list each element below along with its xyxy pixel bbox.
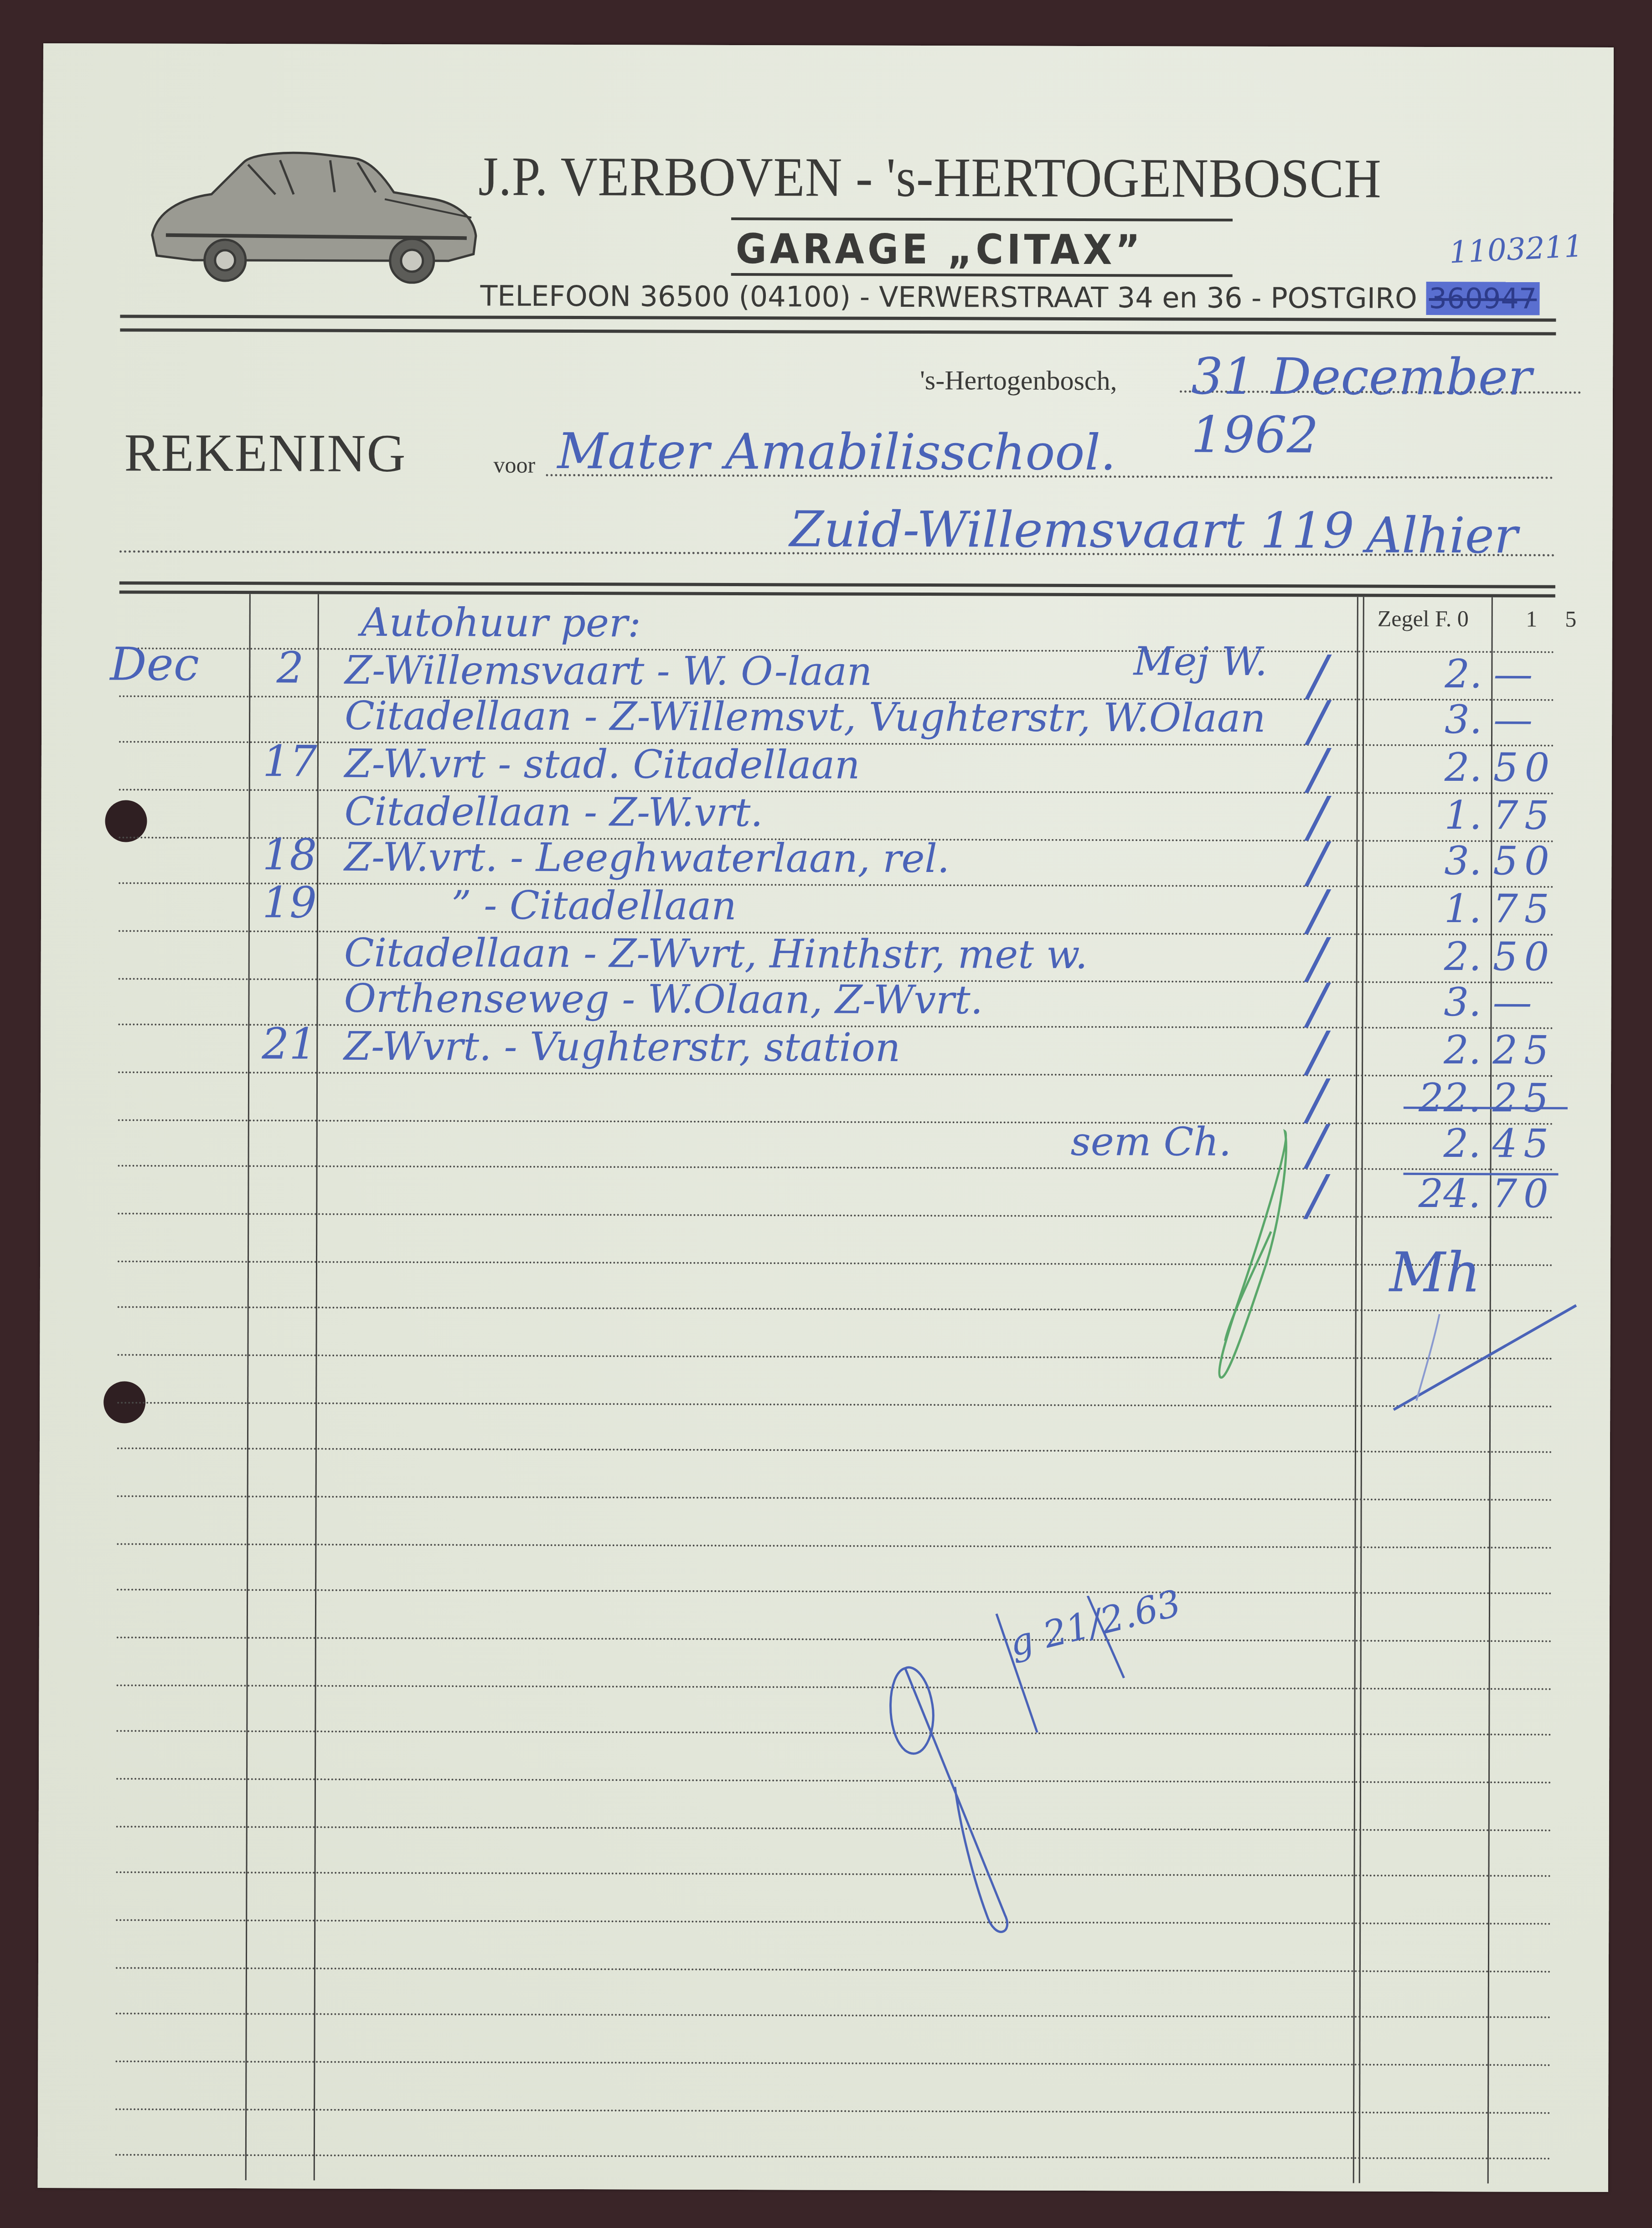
ruled-line bbox=[116, 1919, 1552, 1924]
row-day: 19 bbox=[262, 878, 317, 928]
total-guilders: 24. bbox=[1376, 1171, 1481, 1217]
header-rule bbox=[120, 315, 1556, 321]
row-description: ” - Citadellaan bbox=[451, 882, 737, 929]
row-guilders: 2. bbox=[1377, 651, 1482, 697]
row-description: Orthenseweg - W.Olaan, Z-Wvrt. bbox=[344, 976, 983, 1023]
row-day: 18 bbox=[262, 830, 317, 880]
row-day: 21 bbox=[262, 1019, 316, 1069]
row-guilders: 2. bbox=[1376, 1027, 1481, 1073]
row-day: 17 bbox=[263, 737, 317, 786]
ruled-line bbox=[117, 1636, 1553, 1642]
extra-row: sem Ch. / 2. 45 bbox=[41, 1133, 1611, 1169]
total-row: / 24. 70 bbox=[40, 1183, 1611, 1219]
recipient-name: Mater Amabilisschool. bbox=[557, 423, 1116, 481]
ruled-line bbox=[118, 1306, 1554, 1311]
row-description: Z-W.vrt. - Leeghwaterlaan, rel. bbox=[344, 835, 950, 882]
postgiro-crossed: 360947 bbox=[1426, 282, 1539, 315]
table-row: Citadellaan - Z-Wvrt, Hinthstr, met w. /… bbox=[41, 946, 1611, 982]
row-description: Z-W.vrt - stad. Citadellaan bbox=[345, 741, 860, 788]
row-guilders: 1. bbox=[1377, 886, 1482, 932]
row-description: Z-Willemsvaart - W. O-laan bbox=[345, 648, 872, 695]
invoice-title: REKENING bbox=[124, 422, 406, 485]
invoice-paper: J.P. VERBOVEN - 's-HERTOGENBOSCH GARAGE … bbox=[38, 43, 1614, 2192]
row-description: Z-Wvrt. - Vughterstr, station bbox=[344, 1024, 900, 1071]
intro-text: Autohuur per: bbox=[361, 600, 641, 646]
row-guilders: 3. bbox=[1377, 838, 1482, 884]
ruled-line bbox=[116, 1826, 1552, 1831]
ruled-line bbox=[116, 2012, 1552, 2018]
contact-text: TELEFOON 36500 (04100) - VERWERSTRAAT 34… bbox=[480, 279, 1426, 315]
divider bbox=[731, 217, 1233, 222]
ruled-line bbox=[116, 1778, 1552, 1783]
divider bbox=[731, 273, 1233, 277]
ruled-line bbox=[116, 1730, 1552, 1735]
row-day: 2 bbox=[263, 643, 317, 693]
subtotal-row: / 22. 25 bbox=[41, 1087, 1611, 1123]
ruled-line bbox=[117, 1354, 1553, 1359]
row-description: Citadellaan - Z-Wvrt, Hinthstr, met w. bbox=[344, 930, 1088, 978]
subtotal-guilders: 22. bbox=[1376, 1075, 1481, 1121]
table-row: 19 ” - Citadellaan / 1. 75 bbox=[41, 898, 1611, 934]
row-cents: — bbox=[1492, 980, 1561, 1025]
ruled-line bbox=[118, 1260, 1554, 1266]
recipient-address: Zuid-Willemsvaart 119 bbox=[790, 501, 1354, 559]
ruled-line bbox=[117, 1402, 1553, 1407]
invoice-date: 31 December 1962 bbox=[1191, 347, 1613, 465]
row-guilders: 3. bbox=[1377, 697, 1482, 743]
company-name: J.P. VERBOVEN - 's-HERTOGENBOSCH bbox=[478, 144, 1382, 211]
garage-name: GARAGE „CITAX” bbox=[736, 225, 1144, 274]
check-mark-icon: / bbox=[1307, 1164, 1326, 1227]
row-cents: — bbox=[1493, 697, 1562, 743]
ruled-line bbox=[115, 2060, 1551, 2066]
ruled-line bbox=[115, 2108, 1551, 2114]
table-top-rule bbox=[119, 581, 1555, 588]
ruled-line bbox=[117, 1447, 1553, 1453]
ruled-line bbox=[117, 1543, 1553, 1548]
table-row: 17 Z-W.vrt - stad. Citadellaan / 2. 50 bbox=[41, 757, 1612, 793]
row-guilders: 2. bbox=[1377, 934, 1482, 980]
row-guilders: 3. bbox=[1376, 980, 1481, 1026]
table-top-rule bbox=[119, 590, 1555, 597]
ruled-line bbox=[117, 1588, 1553, 1594]
extra-cents: 45 bbox=[1492, 1121, 1561, 1166]
row-month: Dec bbox=[110, 637, 199, 691]
row-note: Mej W. bbox=[1133, 639, 1267, 685]
green-check-mark-icon bbox=[1211, 1127, 1289, 1382]
approval-stroke-icon bbox=[1389, 1287, 1581, 1415]
contact-line: TELEFOON 36500 (04100) - VERWERSTRAAT 34… bbox=[480, 279, 1539, 315]
row-cents: — bbox=[1493, 651, 1562, 697]
total-cents: 70 bbox=[1492, 1171, 1560, 1217]
row-guilders: 2. bbox=[1377, 745, 1482, 791]
recipient-city: Alhier bbox=[1366, 507, 1518, 565]
postgiro-handwritten: 1103211 bbox=[1448, 228, 1584, 270]
subtotal-cents: 25 bbox=[1492, 1075, 1561, 1121]
row-cents: 75 bbox=[1493, 793, 1561, 838]
row-cents: 25 bbox=[1492, 1027, 1561, 1073]
voor-label: voor bbox=[494, 452, 536, 478]
ruled-line bbox=[116, 1967, 1552, 1972]
ruled-line bbox=[117, 1684, 1553, 1690]
ruled-line bbox=[115, 2154, 1551, 2159]
row-cents: 50 bbox=[1493, 838, 1561, 884]
row-description: Citadellaan - Z-W.vrt. bbox=[344, 789, 763, 835]
ruled-line bbox=[117, 1495, 1553, 1501]
table-row: 21 Z-Wvrt. - Vughterstr, station / 2. 25 bbox=[41, 1039, 1611, 1075]
header-rule bbox=[120, 328, 1556, 335]
date-city-label: 's-Hertogenbosch, bbox=[920, 365, 1117, 397]
table-row: Dec 2 Z-Willemsvaart - W. O-laan Mej W. … bbox=[41, 663, 1612, 699]
car-illustration-icon bbox=[139, 144, 485, 286]
row-description: Citadellaan - Z-Willemsvt, Vughterstr, W… bbox=[345, 693, 1266, 741]
ruled-line bbox=[116, 1871, 1552, 1877]
row-cents: 50 bbox=[1493, 934, 1561, 980]
extra-description: sem Ch. bbox=[1071, 1119, 1232, 1165]
extra-guilders: 2. bbox=[1376, 1121, 1481, 1167]
row-cents: 50 bbox=[1493, 745, 1562, 790]
row-guilders: 1. bbox=[1377, 793, 1482, 839]
row-cents: 75 bbox=[1493, 886, 1561, 932]
